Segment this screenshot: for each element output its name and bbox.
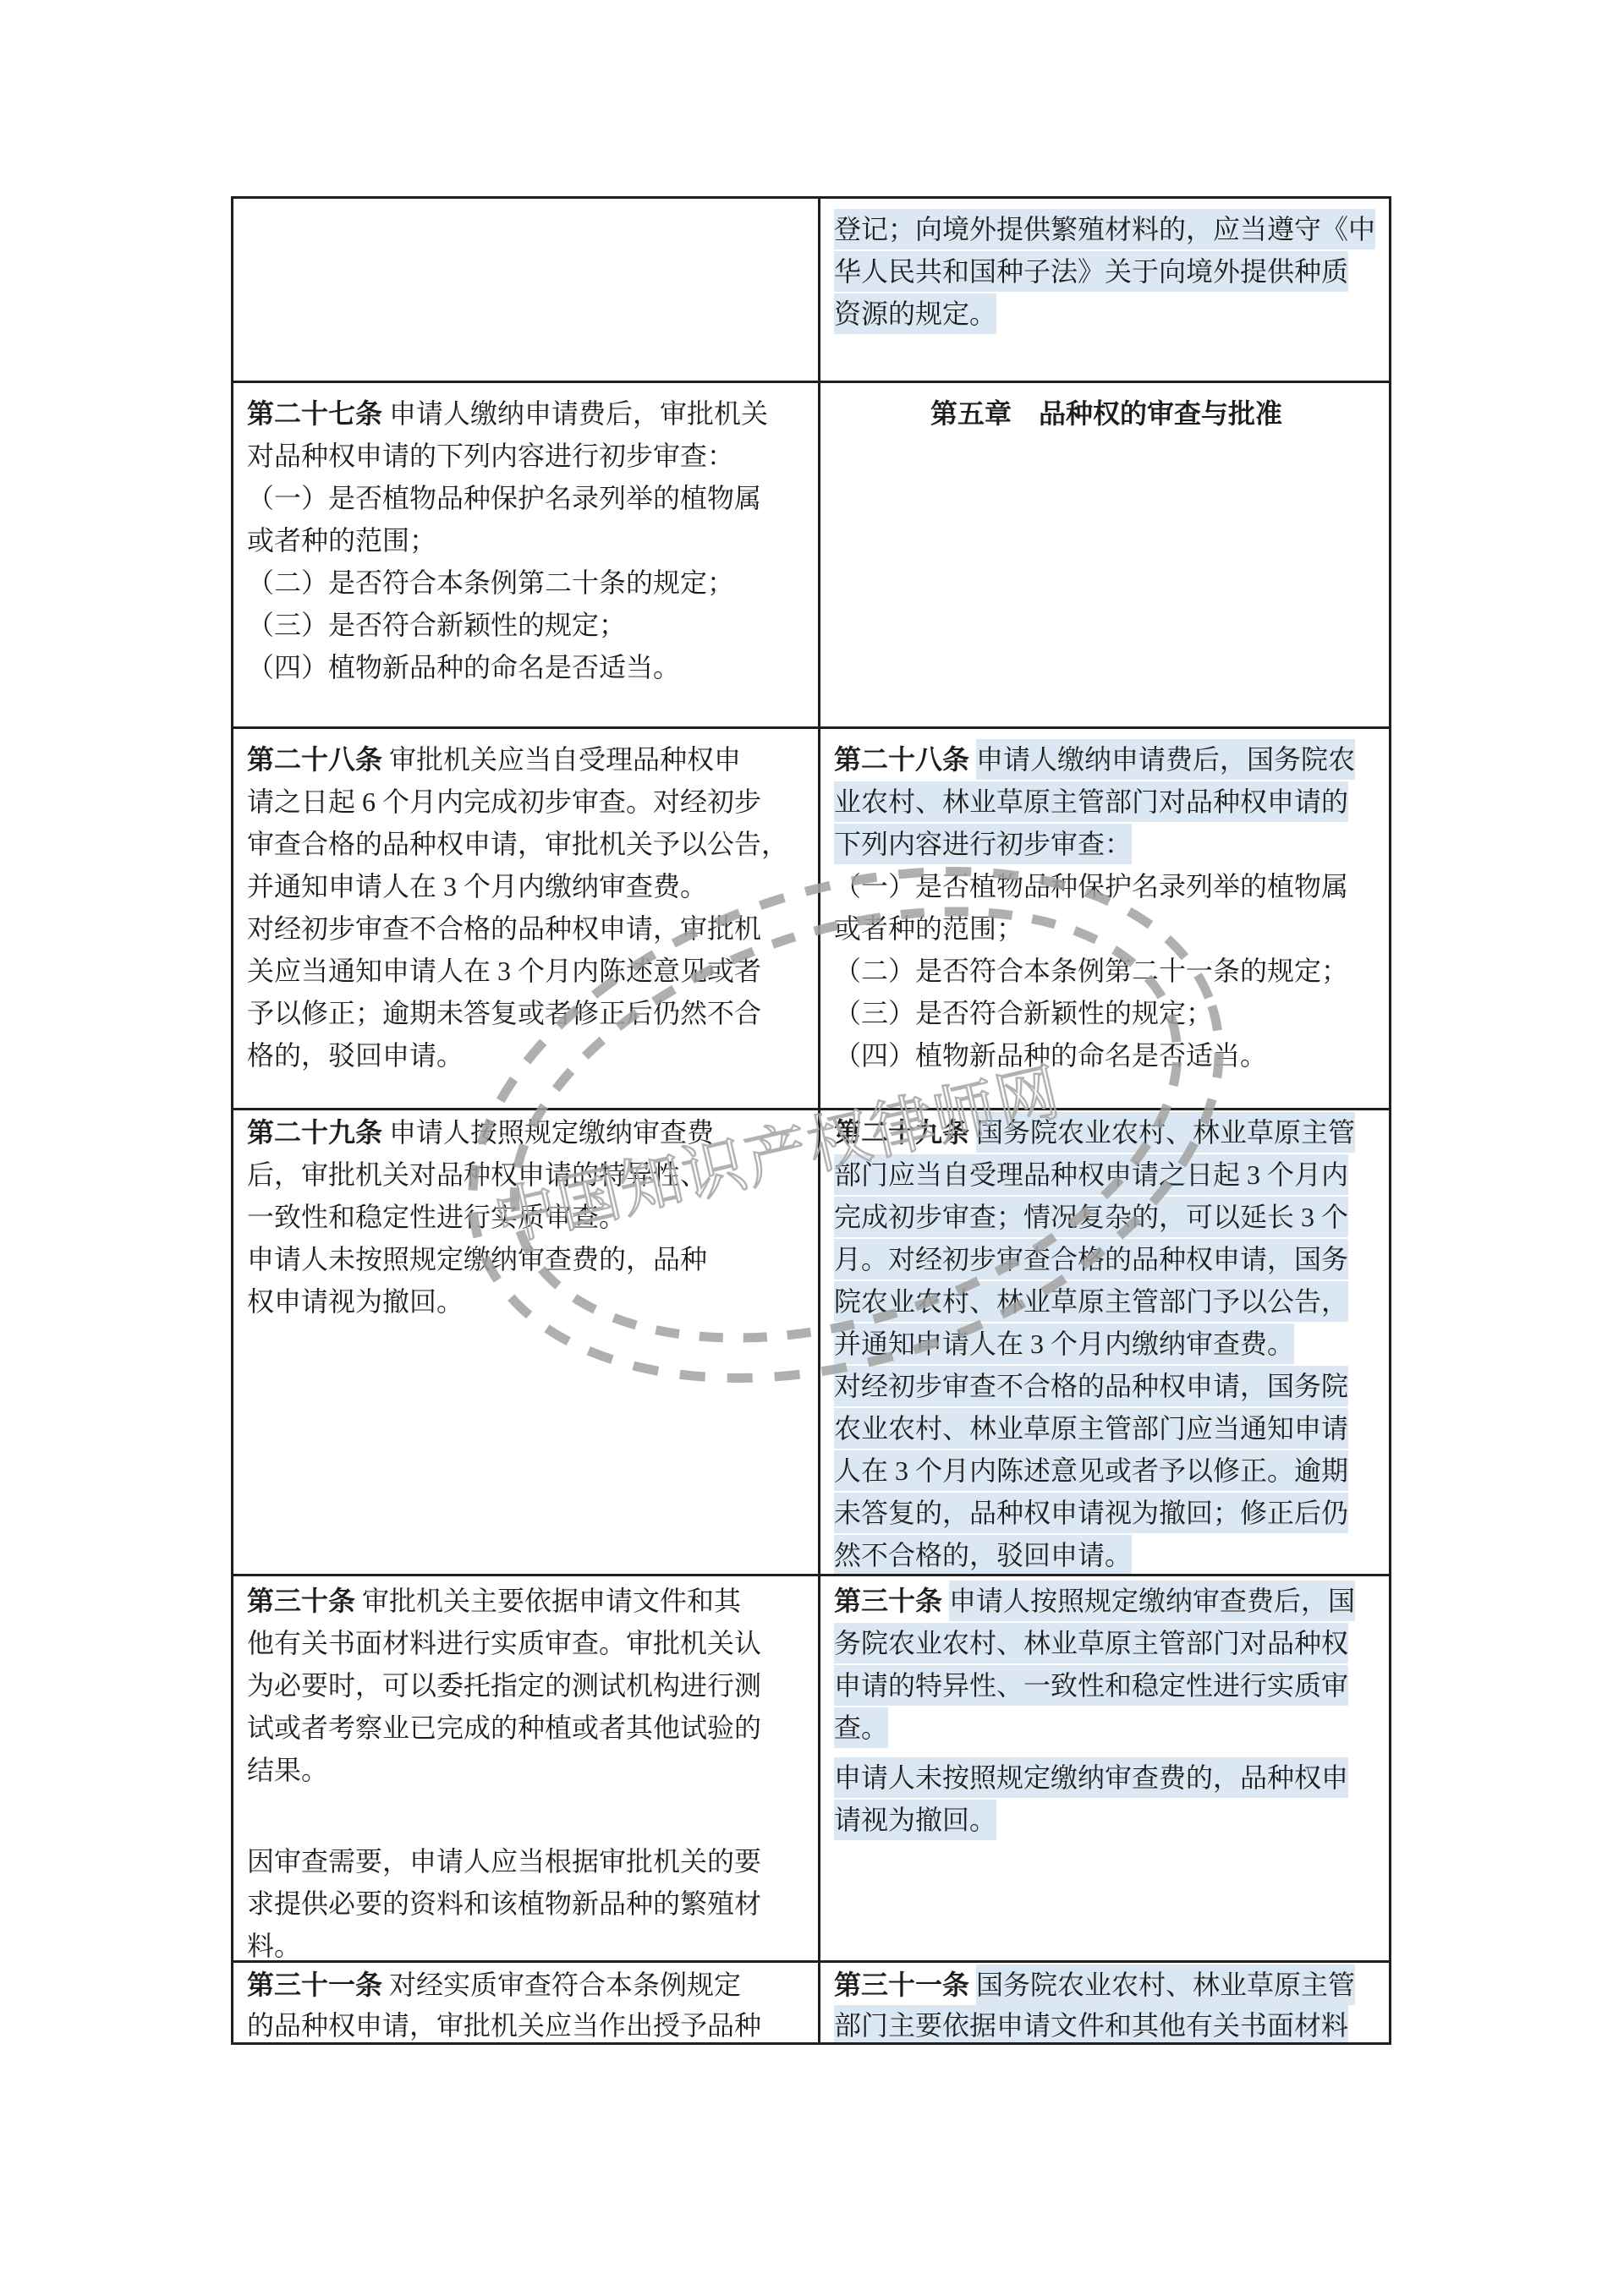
table-row: 第二十七条 申请人缴纳申请费后，审批机关对品种权申请的下列内容进行初步审查：（一… [233, 381, 1389, 726]
text-line: 申请人未按照规定缴纳审查费的，品种权申 [834, 1756, 1379, 1799]
text-line: 或者种的范围； [834, 907, 1379, 950]
text-line: 第三十一条 国务院农业农村、林业草原主管 [834, 1964, 1379, 2005]
text-line: （四）植物新品种的命名是否适当。 [834, 1034, 1379, 1077]
text-line: 申请人未按照规定缴纳审查费的，品种 [247, 1238, 808, 1280]
text-line: 然不合格的，驳回申请。 [834, 1534, 1379, 1574]
table-row: 第二十九条 申请人按照规定缴纳审查费后，审批机关对品种权申请的特异性、一致性和稳… [233, 1108, 1389, 1574]
text-line: 第五章 品种权的审查与批准 [834, 392, 1379, 435]
text-line: （三）是否符合新颖性的规定； [247, 604, 808, 646]
text-line: （二）是否符合本条例第二十一条的规定； [834, 950, 1379, 992]
text-line: 第二十九条 国务院农业农村、林业草原主管 [834, 1111, 1379, 1153]
table-cell-right: 登记；向境外提供繁殖材料的，应当遵守《中华人民共和国种子法》关于向境外提供种质资… [820, 199, 1389, 381]
text-line: 并通知申请人在 3 个月内缴纳审查费。 [247, 865, 808, 907]
text-line: （一）是否植物品种保护名录列举的植物属 [834, 865, 1379, 907]
text-line: 为必要时，可以委托指定的测试机构进行测 [247, 1664, 808, 1707]
table-cell-right: 第二十八条 申请人缴纳申请费后，国务院农业农村、林业草原主管部门对品种权申请的下… [820, 729, 1389, 1108]
text-line: 他有关书面材料进行实质审查。审批机关认 [247, 1622, 808, 1664]
text-line: 部门应当自受理品种权申请之日起 3 个月内 [834, 1153, 1379, 1196]
text-line: 或者种的范围； [247, 519, 808, 562]
text-line: 第三十一条 对经实质审查符合本条例规定 [247, 1964, 808, 2005]
text-line: 第二十九条 申请人按照规定缴纳审查费 [247, 1111, 808, 1153]
text-line: 对经初步审查不合格的品种权申请，国务院 [834, 1365, 1379, 1407]
text-line: 第三十条 审批机关主要依据申请文件和其 [247, 1580, 808, 1622]
table-cell-right: 第三十一条 国务院农业农村、林业草原主管部门主要依据申请文件和其他有关书面材料 [820, 1963, 1389, 2042]
text-line: 试或者考察业已完成的种植或者其他试验的 [247, 1707, 808, 1749]
table-cell-left: 第二十九条 申请人按照规定缴纳审查费后，审批机关对品种权申请的特异性、一致性和稳… [233, 1110, 820, 1574]
table-cell-right: 第五章 品种权的审查与批准 [820, 383, 1389, 726]
text-line: （二）是否符合本条例第二十条的规定； [247, 562, 808, 604]
text-line: 因审查需要，申请人应当根据审批机关的要 [247, 1840, 808, 1882]
text-line: 部门主要依据申请文件和其他有关书面材料 [834, 2005, 1379, 2042]
text-line: 的品种权申请，审批机关应当作出授予品种 [247, 2005, 808, 2042]
text-line: 资源的规定。 [834, 293, 1379, 335]
text-line: 后，审批机关对品种权申请的特异性、 [247, 1153, 808, 1196]
text-line: 请之日起 6 个月内完成初步审查。对经初步 [247, 781, 808, 823]
text-line: 对品种权申请的下列内容进行初步审查： [247, 435, 808, 477]
text-line: 审查合格的品种权申请，审批机关予以公告， [247, 823, 808, 865]
table-cell-left: 第三十条 审批机关主要依据申请文件和其他有关书面材料进行实质审查。审批机关认为必… [233, 1576, 820, 1960]
comparison-table: 登记；向境外提供繁殖材料的，应当遵守《中华人民共和国种子法》关于向境外提供种质资… [231, 196, 1391, 2045]
text-line: 权申请视为撤回。 [247, 1280, 808, 1323]
table-cell-right: 第三十条 申请人按照规定缴纳审查费后，国务院农业农村、林业草原主管部门对品种权申… [820, 1576, 1389, 1960]
table-cell-right: 第二十九条 国务院农业农村、林业草原主管部门应当自受理品种权申请之日起 3 个月… [820, 1110, 1389, 1574]
text-line: 下列内容进行初步审查： [834, 823, 1379, 865]
text-line: 关应当通知申请人在 3 个月内陈述意见或者 [247, 950, 808, 992]
text-line: 求提供必要的资料和该植物新品种的繁殖材 [247, 1882, 808, 1925]
text-line: 未答复的，品种权申请视为撤回；修正后仍 [834, 1492, 1379, 1534]
text-line: 对经初步审查不合格的品种权申请，审批机 [247, 907, 808, 950]
table-cell-left: 第二十七条 申请人缴纳申请费后，审批机关对品种权申请的下列内容进行初步审查：（一… [233, 383, 820, 726]
text-line: 格的，驳回申请。 [247, 1034, 808, 1077]
text-line: 华人民共和国种子法》关于向境外提供种质 [834, 250, 1379, 293]
text-line: 结果。 [247, 1749, 808, 1791]
table-row: 第二十八条 审批机关应当自受理品种权申请之日起 6 个月内完成初步审查。对经初步… [233, 726, 1389, 1108]
table-cell-left [233, 199, 820, 381]
table-row: 第三十条 审批机关主要依据申请文件和其他有关书面材料进行实质审查。审批机关认为必… [233, 1574, 1389, 1960]
table-cell-left: 第二十八条 审批机关应当自受理品种权申请之日起 6 个月内完成初步审查。对经初步… [233, 729, 820, 1108]
text-line: 查。 [834, 1707, 1379, 1749]
text-line: 第二十七条 申请人缴纳申请费后，审批机关 [247, 392, 808, 435]
document-page: { "colors":{"highlight":"#dbe7f3","borde… [0, 0, 1624, 2296]
text-line: 请视为撤回。 [834, 1799, 1379, 1841]
text-line: 月。对经初步审查合格的品种权申请，国务 [834, 1238, 1379, 1280]
text-line: 农业农村、林业草原主管部门应当通知申请 [834, 1407, 1379, 1449]
text-line: （一）是否植物品种保护名录列举的植物属 [247, 477, 808, 519]
text-line: （四）植物新品种的命名是否适当。 [247, 646, 808, 688]
text-line: 一致性和稳定性进行实质审查。 [247, 1196, 808, 1238]
text-line: 人在 3 个月内陈述意见或者予以修正。逾期 [834, 1449, 1379, 1492]
text-line: 申请的特异性、一致性和稳定性进行实质审 [834, 1664, 1379, 1707]
text-line: 第二十八条 申请人缴纳申请费后，国务院农 [834, 738, 1379, 781]
text-line: 业农村、林业草原主管部门对品种权申请的 [834, 781, 1379, 823]
text-line: 料。 [247, 1925, 808, 1960]
table-row: 第三十一条 对经实质审查符合本条例规定的品种权申请，审批机关应当作出授予品种 第… [233, 1960, 1389, 2042]
text-line: 登记；向境外提供繁殖材料的，应当遵守《中 [834, 208, 1379, 250]
table-row: 登记；向境外提供繁殖材料的，应当遵守《中华人民共和国种子法》关于向境外提供种质资… [233, 199, 1389, 381]
text-line: 完成初步审查；情况复杂的，可以延长 3 个 [834, 1196, 1379, 1238]
table-cell-left: 第三十一条 对经实质审查符合本条例规定的品种权申请，审批机关应当作出授予品种 [233, 1963, 820, 2042]
text-line: 予以修正；逾期未答复或者修正后仍然不合 [247, 992, 808, 1034]
text-line: 务院农业农村、林业草原主管部门对品种权 [834, 1622, 1379, 1664]
text-line: 院农业农村、林业草原主管部门予以公告， [834, 1280, 1379, 1323]
text-line: 第三十条 申请人按照规定缴纳审查费后，国 [834, 1580, 1379, 1622]
text-line: 第二十八条 审批机关应当自受理品种权申 [247, 738, 808, 781]
text-line: （三）是否符合新颖性的规定； [834, 992, 1379, 1034]
text-line: 并通知申请人在 3 个月内缴纳审查费。 [834, 1323, 1379, 1365]
